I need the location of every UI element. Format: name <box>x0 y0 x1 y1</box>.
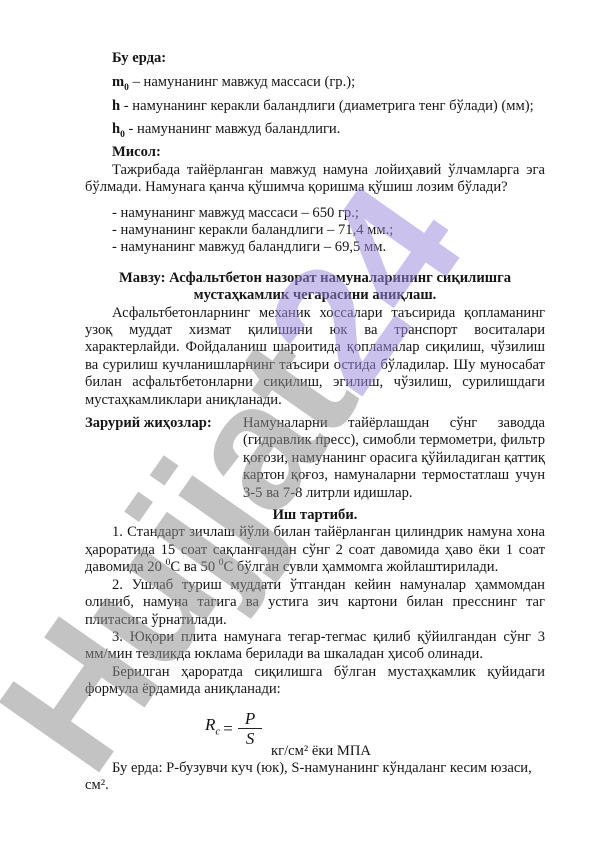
formula-intro: Берилган ҳароратда сиқилишга бўлган муст… <box>85 664 545 699</box>
procedure-title: Иш тартиби. <box>85 507 545 524</box>
where-item-h0: h0 - намунанинг мавжуд баландлиги. <box>112 121 545 144</box>
symbol-h: h <box>112 98 120 114</box>
fraction-numerator: P <box>238 710 262 729</box>
equipment-label: Зарурий жиҳозлар: <box>85 415 243 502</box>
where-block: Бу ерда: m0 – намунанинг мавжуд массаси … <box>112 50 545 162</box>
equipment-row: Зарурий жиҳозлар: Намуналарни тайёрлашда… <box>85 415 545 502</box>
document-content: Бу ерда: m0 – намунанинг мавжуд массаси … <box>85 50 545 795</box>
equals-sign: = <box>223 720 233 737</box>
list-item: - намунанинг мавжуд массаси – 650 гр.; <box>112 205 545 222</box>
where-item-text: - намунанинг керакли баландлиги (диаметр… <box>120 98 534 114</box>
formula-R: R <box>205 715 215 734</box>
where-item-h: h - намунанинг керакли баландлиги (диаме… <box>112 98 545 121</box>
where-item-text: - намунанинг мавжуд баландлиги. <box>125 121 341 137</box>
formula-fraction: P S <box>238 710 262 748</box>
topic-intro-paragraph: Асфальтбетонларнинг механик хоссалари та… <box>85 305 545 409</box>
fraction-denominator: S <box>238 729 262 747</box>
symbol-h0: h <box>112 121 120 137</box>
example-label: Мисол: <box>112 144 545 161</box>
where-block-title: Бу ерда: <box>112 50 545 67</box>
example-paragraph: Тажрибада тайёрланган мавжуд намуна лойи… <box>85 162 545 197</box>
formula-units: кг/см² ёки МПА <box>271 743 545 760</box>
step1-text: С бўлган сувли ҳаммомга жойлаштирилади. <box>224 559 499 575</box>
formula-lhs: Rc <box>205 716 220 741</box>
equipment-text: Намуналарни тайёрлашдан сўнг заводда (ги… <box>243 415 545 502</box>
procedure-step-2: 2. Ушлаб туриш муддати ўтгандан кейин на… <box>85 577 545 629</box>
where-item-text: – намунанинг мавжуд массаси (гр.); <box>129 74 355 90</box>
example-list: - намунанинг мавжуд массаси – 650 гр.; -… <box>112 205 545 257</box>
list-item: - намунанинг керакли баландлиги – 71,4 м… <box>112 222 545 239</box>
document-page: Бу ерда: m0 – намунанинг мавжуд массаси … <box>0 0 596 842</box>
step1-text: С ва 50 <box>170 559 218 575</box>
procedure-step-3: 3. Юқори плита намунага тегар-тегмас қил… <box>85 629 545 664</box>
list-item: - намунанинг мавжуд баландлиги – 69,5 мм… <box>112 239 545 256</box>
symbol-m: m <box>112 74 124 90</box>
topic-title: Мавзу: Асфальтбетон назорат намуналарини… <box>85 270 545 305</box>
formula-footnote: Бу ерда: Р-бузувчи куч (юк), S-намунанин… <box>85 760 545 795</box>
formula-R-sub: c <box>215 726 220 738</box>
where-item-m0: m0 – намунанинг мавжуд массаси (гр.); <box>112 74 545 97</box>
procedure-step-1: 1. Стандарт зичлаш йўли билан тайёрланга… <box>85 524 545 576</box>
